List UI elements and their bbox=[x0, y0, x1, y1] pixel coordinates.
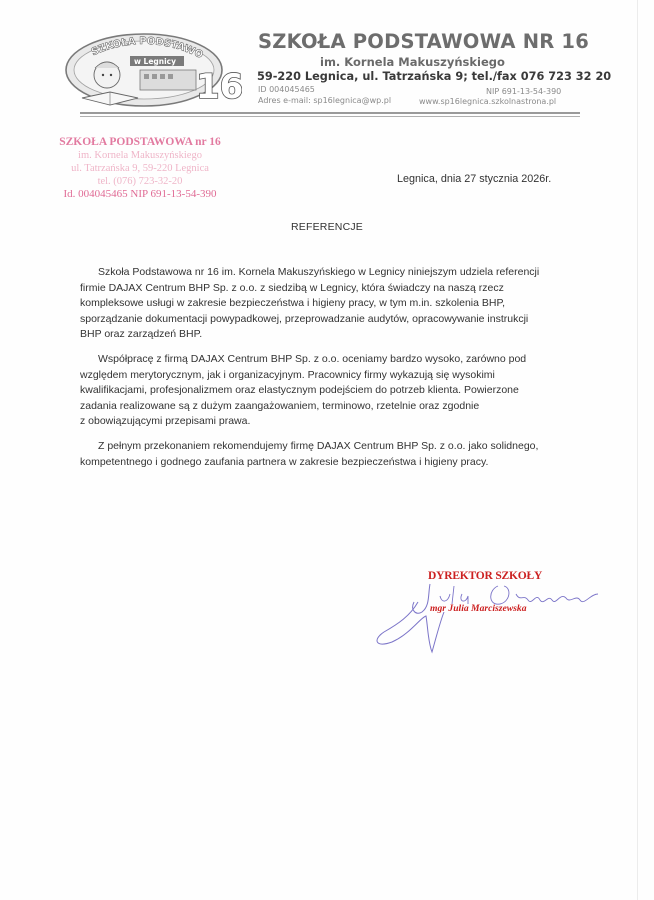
school-logo: SZKOŁA PODSTAWOWA w Legnicy 16 bbox=[62, 30, 242, 110]
stamp-title: SZKOŁA PODSTAWOWA nr 16 bbox=[40, 136, 240, 149]
body-line: względem merytorycznym, jak i organizacy… bbox=[80, 368, 562, 384]
svg-text:w Legnicy: w Legnicy bbox=[134, 57, 176, 66]
svg-text:16: 16 bbox=[196, 67, 242, 107]
body-line: kompleksowe usługi w zakresie bezpieczeń… bbox=[80, 296, 562, 312]
body-paragraph: Z pełnym przekonaniem rekomendujemy firm… bbox=[80, 439, 562, 470]
letter-body: Szkoła Podstawowa nr 16 im. Kornela Maku… bbox=[80, 265, 562, 479]
letterhead-nip: NIP 691-13-54-390 bbox=[486, 87, 561, 96]
stamp-phone: tel. (076) 723-32-20 bbox=[40, 175, 240, 188]
letterhead-id: ID 004045465 bbox=[258, 85, 315, 94]
letterhead-title: SZKOŁA PODSTAWOWA NR 16 bbox=[258, 30, 589, 53]
body-line: Szkoła Podstawowa nr 16 im. Kornela Maku… bbox=[80, 265, 562, 281]
body-line: Z pełnym przekonaniem rekomendujemy firm… bbox=[80, 439, 562, 455]
school-stamp: SZKOŁA PODSTAWOWA nr 16 im. Kornela Maku… bbox=[40, 136, 240, 201]
document-page: SZKOŁA PODSTAWOWA w Legnicy 16 SZKOŁA PO… bbox=[0, 0, 654, 900]
stamp-ids: Id. 004045465 NIP 691-13-54-390 bbox=[40, 188, 240, 201]
body-line: BHP oraz zarządzeń BHP. bbox=[80, 327, 562, 343]
body-line: firmie DAJAX Centrum BHP Sp. z o.o. z si… bbox=[80, 281, 562, 297]
body-line: kwalifikacjami, profesjonalizmem oraz el… bbox=[80, 383, 562, 399]
body-line: sporządzanie dokumentacji powypadkowej, … bbox=[80, 312, 562, 328]
handwritten-signature bbox=[370, 572, 610, 662]
body-paragraph: Współpracę z firmą DAJAX Centrum BHP Sp.… bbox=[80, 352, 562, 430]
letterhead-address: 59-220 Legnica, ul. Tatrzańska 9; tel./f… bbox=[257, 70, 611, 83]
signature-title: DYREKTOR SZKOŁY bbox=[428, 570, 542, 582]
body-paragraph: Szkoła Podstawowa nr 16 im. Kornela Maku… bbox=[80, 265, 562, 343]
body-line: z obowiązującymi przepisami prawa. bbox=[80, 414, 562, 430]
body-line: kompetentnego i godnego zaufania partner… bbox=[80, 455, 562, 471]
letter-date: Legnica, dnia 27 stycznia 2026r. bbox=[397, 173, 551, 185]
letterhead-email: Adres e-mail: sp16legnica@wp.pl bbox=[258, 96, 391, 105]
letterhead-divider-thin bbox=[80, 116, 580, 117]
body-line: zadania realizowane są z dużym zaangażow… bbox=[80, 399, 562, 415]
letterhead-website: www.sp16legnica.szkolnastrona.pl bbox=[419, 97, 556, 106]
body-line: Współpracę z firmą DAJAX Centrum BHP Sp.… bbox=[80, 352, 562, 368]
stamp-address: ul. Tatrzańska 9, 59-220 Legnica bbox=[40, 162, 240, 175]
letterhead-divider bbox=[80, 112, 580, 114]
stamp-patron: im. Kornela Makuszyńskiego bbox=[40, 149, 240, 162]
page-edge bbox=[637, 0, 638, 900]
letter-heading: REFERENCJE bbox=[291, 221, 363, 233]
signature-name: mgr Julia Marciszewska bbox=[430, 603, 527, 614]
letterhead-patron: im. Kornela Makuszyńskiego bbox=[320, 55, 505, 69]
